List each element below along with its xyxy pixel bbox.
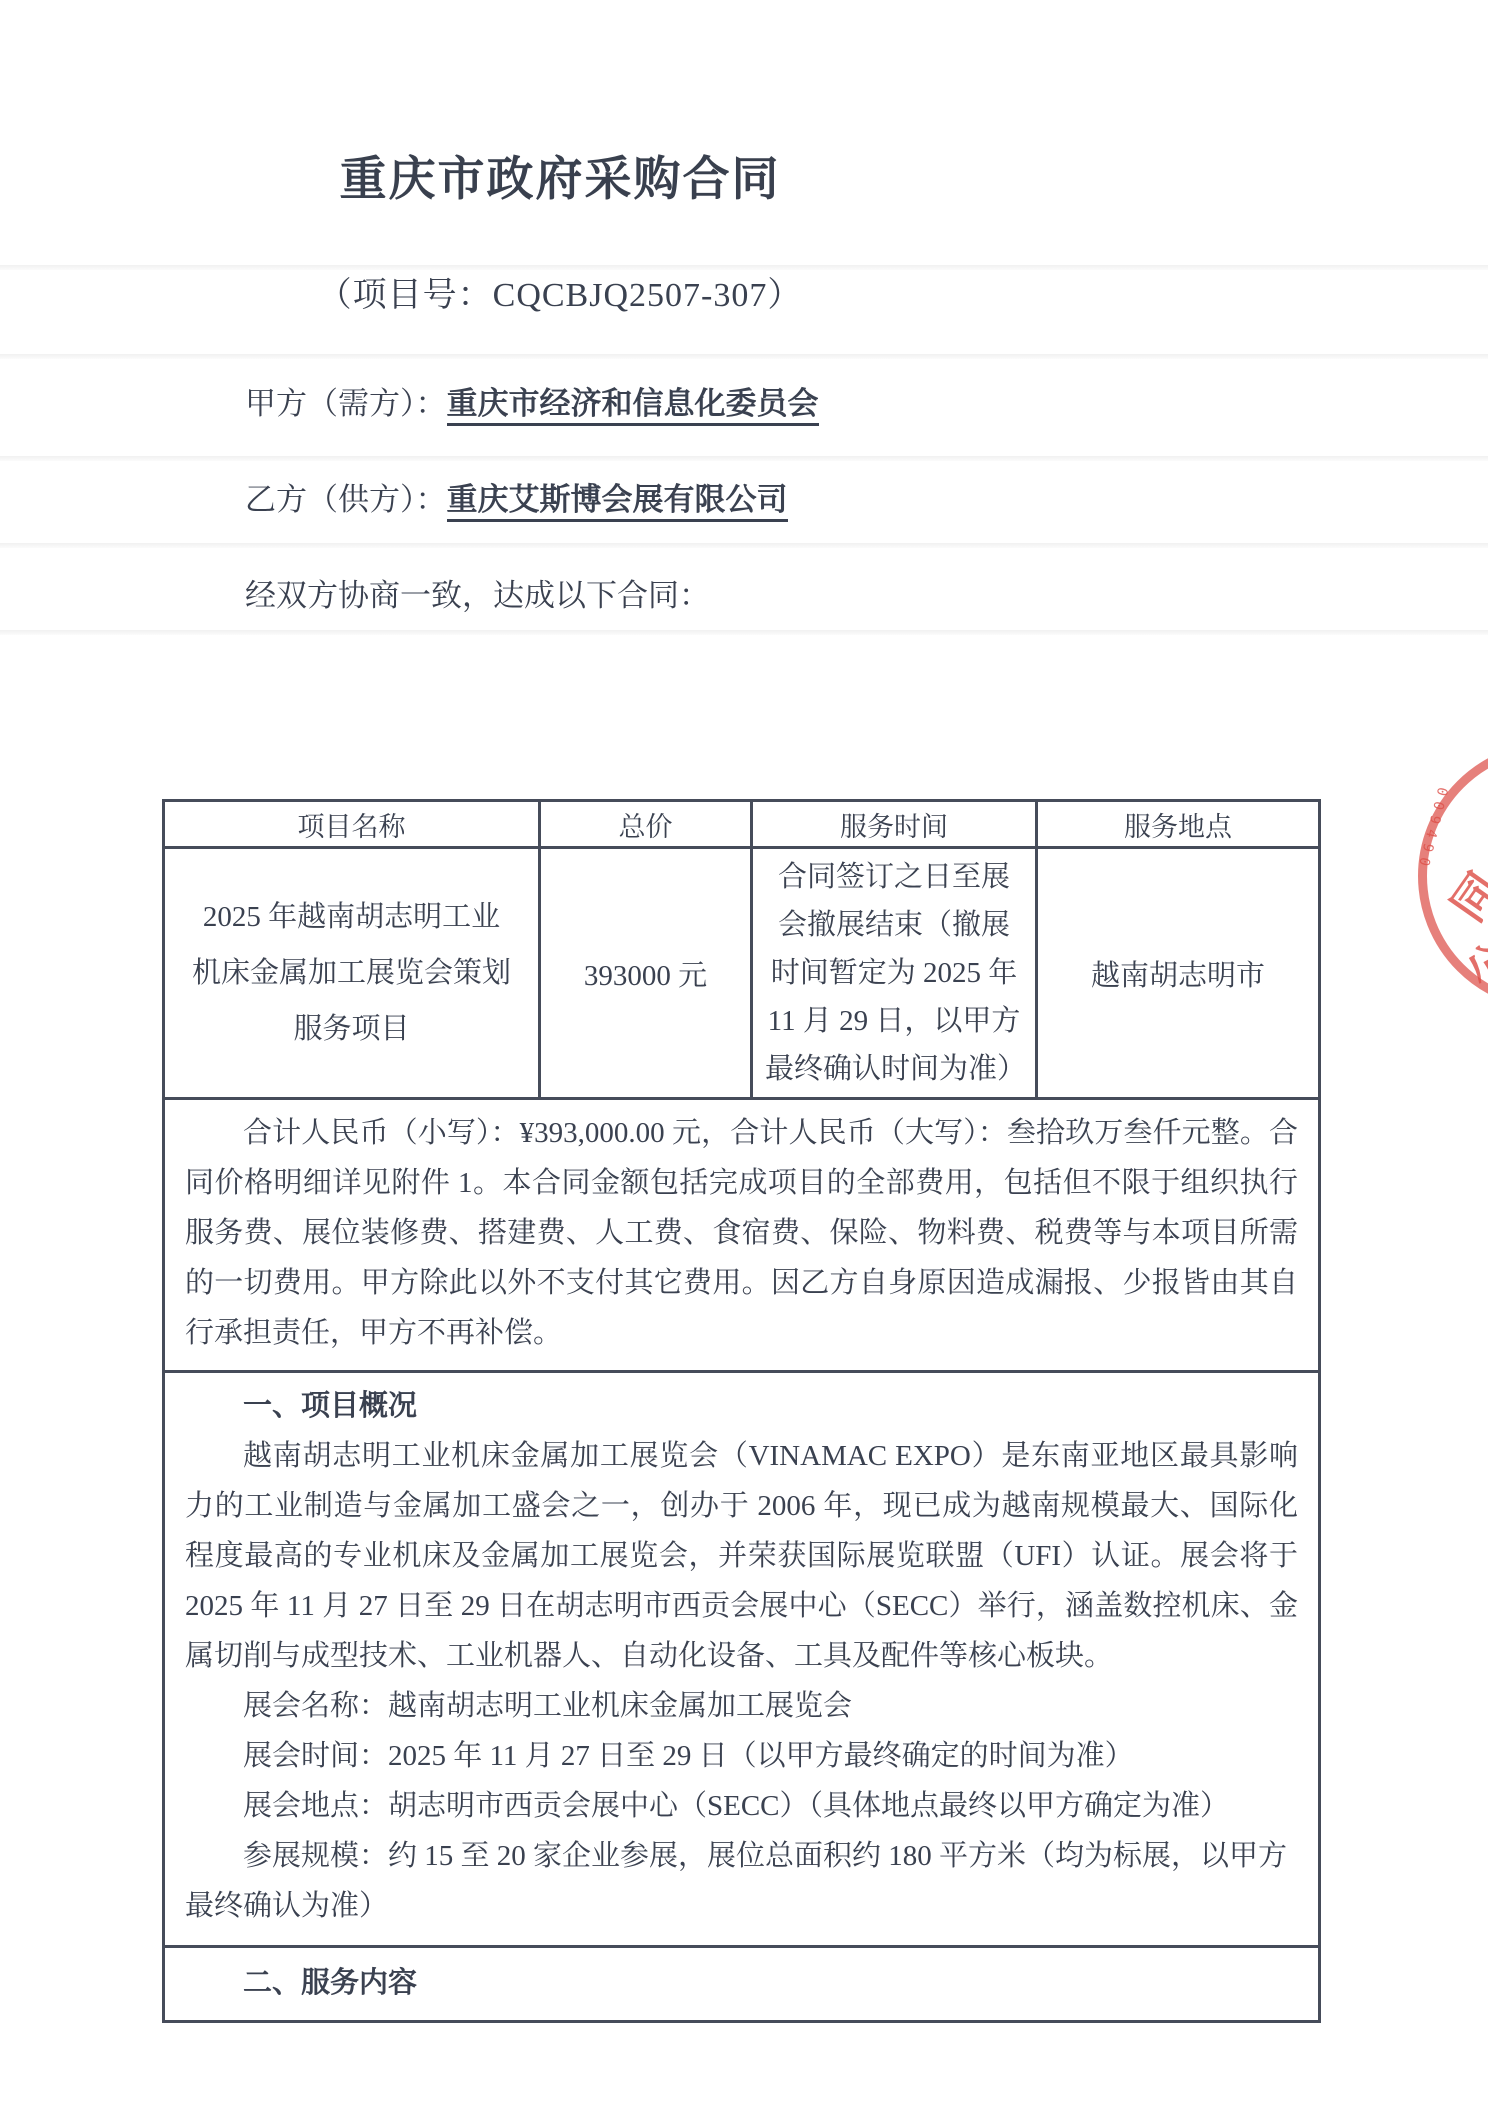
document-title: 重庆市政府采购合同 (0, 0, 1120, 209)
total-paragraph: 合计人民币（小写）：¥393,000.00 元，合计人民币（大写）：叁拾玖万叁仟… (164, 1099, 1320, 1372)
section1-heading: 一、项目概况 (185, 1381, 1298, 1431)
expo-scale-line: 参展规模：约 15 至 20 家企业参展，展位总面积约 180 平方米（均为标展… (185, 1831, 1298, 1931)
project-number: （项目号：CQCBJQ2507-307） (0, 209, 1120, 316)
seal-character-bottom: 公 (1449, 925, 1488, 1001)
scan-artifact-band (0, 630, 1488, 635)
header-service-time: 服务时间 (752, 801, 1037, 848)
table-header-row: 项目名称 总价 服务时间 服务地点 (164, 801, 1320, 848)
cell-service-location: 越南胡志明市 (1037, 848, 1320, 1099)
section2-cell: 二、服务内容 (164, 1947, 1320, 2022)
total-row: 合计人民币（小写）：¥393,000.00 元，合计人民币（大写）：叁拾玖万叁仟… (164, 1099, 1320, 1372)
scan-artifact-band (0, 543, 1488, 548)
table-row: 2025 年越南胡志明工业机床金属加工展览会策划服务项目 393000 元 合同… (164, 848, 1320, 1099)
agreement-line: 经双方协商一致，达成以下合同： (245, 570, 1488, 615)
party-b-label: 乙方（供方）： (245, 482, 447, 517)
cell-project-name: 2025 年越南胡志明工业机床金属加工展览会策划服务项目 (164, 848, 540, 1099)
party-b-line: 乙方（供方）：重庆艾斯博会展有限公司 (245, 474, 1488, 519)
expo-name-line: 展会名称：越南胡志明工业机床金属加工展览会 (185, 1681, 1298, 1731)
seal-serial-digits: 009490 (1414, 785, 1450, 873)
scan-artifact-band (0, 456, 1488, 461)
section2-heading: 二、服务内容 (185, 1958, 1298, 2008)
expo-time-line: 展会时间：2025 年 11 月 27 日至 29 日（以甲方最终确定的时间为准… (185, 1731, 1298, 1781)
section1-row: 一、项目概况 越南胡志明工业机床金属加工展览会（VINAMAC EXPO）是东南… (164, 1372, 1320, 1947)
header-project-name: 项目名称 (164, 801, 540, 848)
header-service-location: 服务地点 (1037, 801, 1320, 848)
red-seal-stamp: 009490 同 公 (1408, 734, 1488, 1044)
seal-circle-icon (1418, 742, 1488, 1010)
party-a-line: 甲方（需方）：重庆市经济和信息化委员会 (245, 378, 1488, 423)
party-a-name: 重庆市经济和信息化委员会 (447, 386, 819, 426)
contract-table: 项目名称 总价 服务时间 服务地点 2025 年越南胡志明工业机床金属加工展览会… (162, 799, 1321, 2023)
section2-row: 二、服务内容 (164, 1947, 1320, 2022)
contract-page: 重庆市政府采购合同 （项目号：CQCBJQ2507-307） 甲方（需方）：重庆… (0, 0, 1488, 2106)
scan-artifact-band (0, 354, 1488, 359)
party-a-label: 甲方（需方）： (245, 386, 447, 421)
header-total-price: 总价 (540, 801, 752, 848)
cell-service-time: 合同签订之日至展会撤展结束（撤展时间暂定为 2025 年 11 月 29 日，以… (752, 848, 1037, 1099)
section1-cell: 一、项目概况 越南胡志明工业机床金属加工展览会（VINAMAC EXPO）是东南… (164, 1372, 1320, 1947)
parties-block: 甲方（需方）：重庆市经济和信息化委员会 乙方（供方）：重庆艾斯博会展有限公司 经… (245, 378, 1488, 615)
seal-character-top: 同 (1433, 857, 1488, 933)
expo-place-line: 展会地点：胡志明市西贡会展中心（SECC）（具体地点最终以甲方确定为准） (185, 1781, 1298, 1831)
party-b-name: 重庆艾斯博会展有限公司 (447, 482, 788, 522)
section1-intro: 越南胡志明工业机床金属加工展览会（VINAMAC EXPO）是东南亚地区最具影响… (185, 1431, 1298, 1681)
scan-artifact-band (0, 265, 1488, 270)
cell-total-price: 393000 元 (540, 848, 752, 1099)
